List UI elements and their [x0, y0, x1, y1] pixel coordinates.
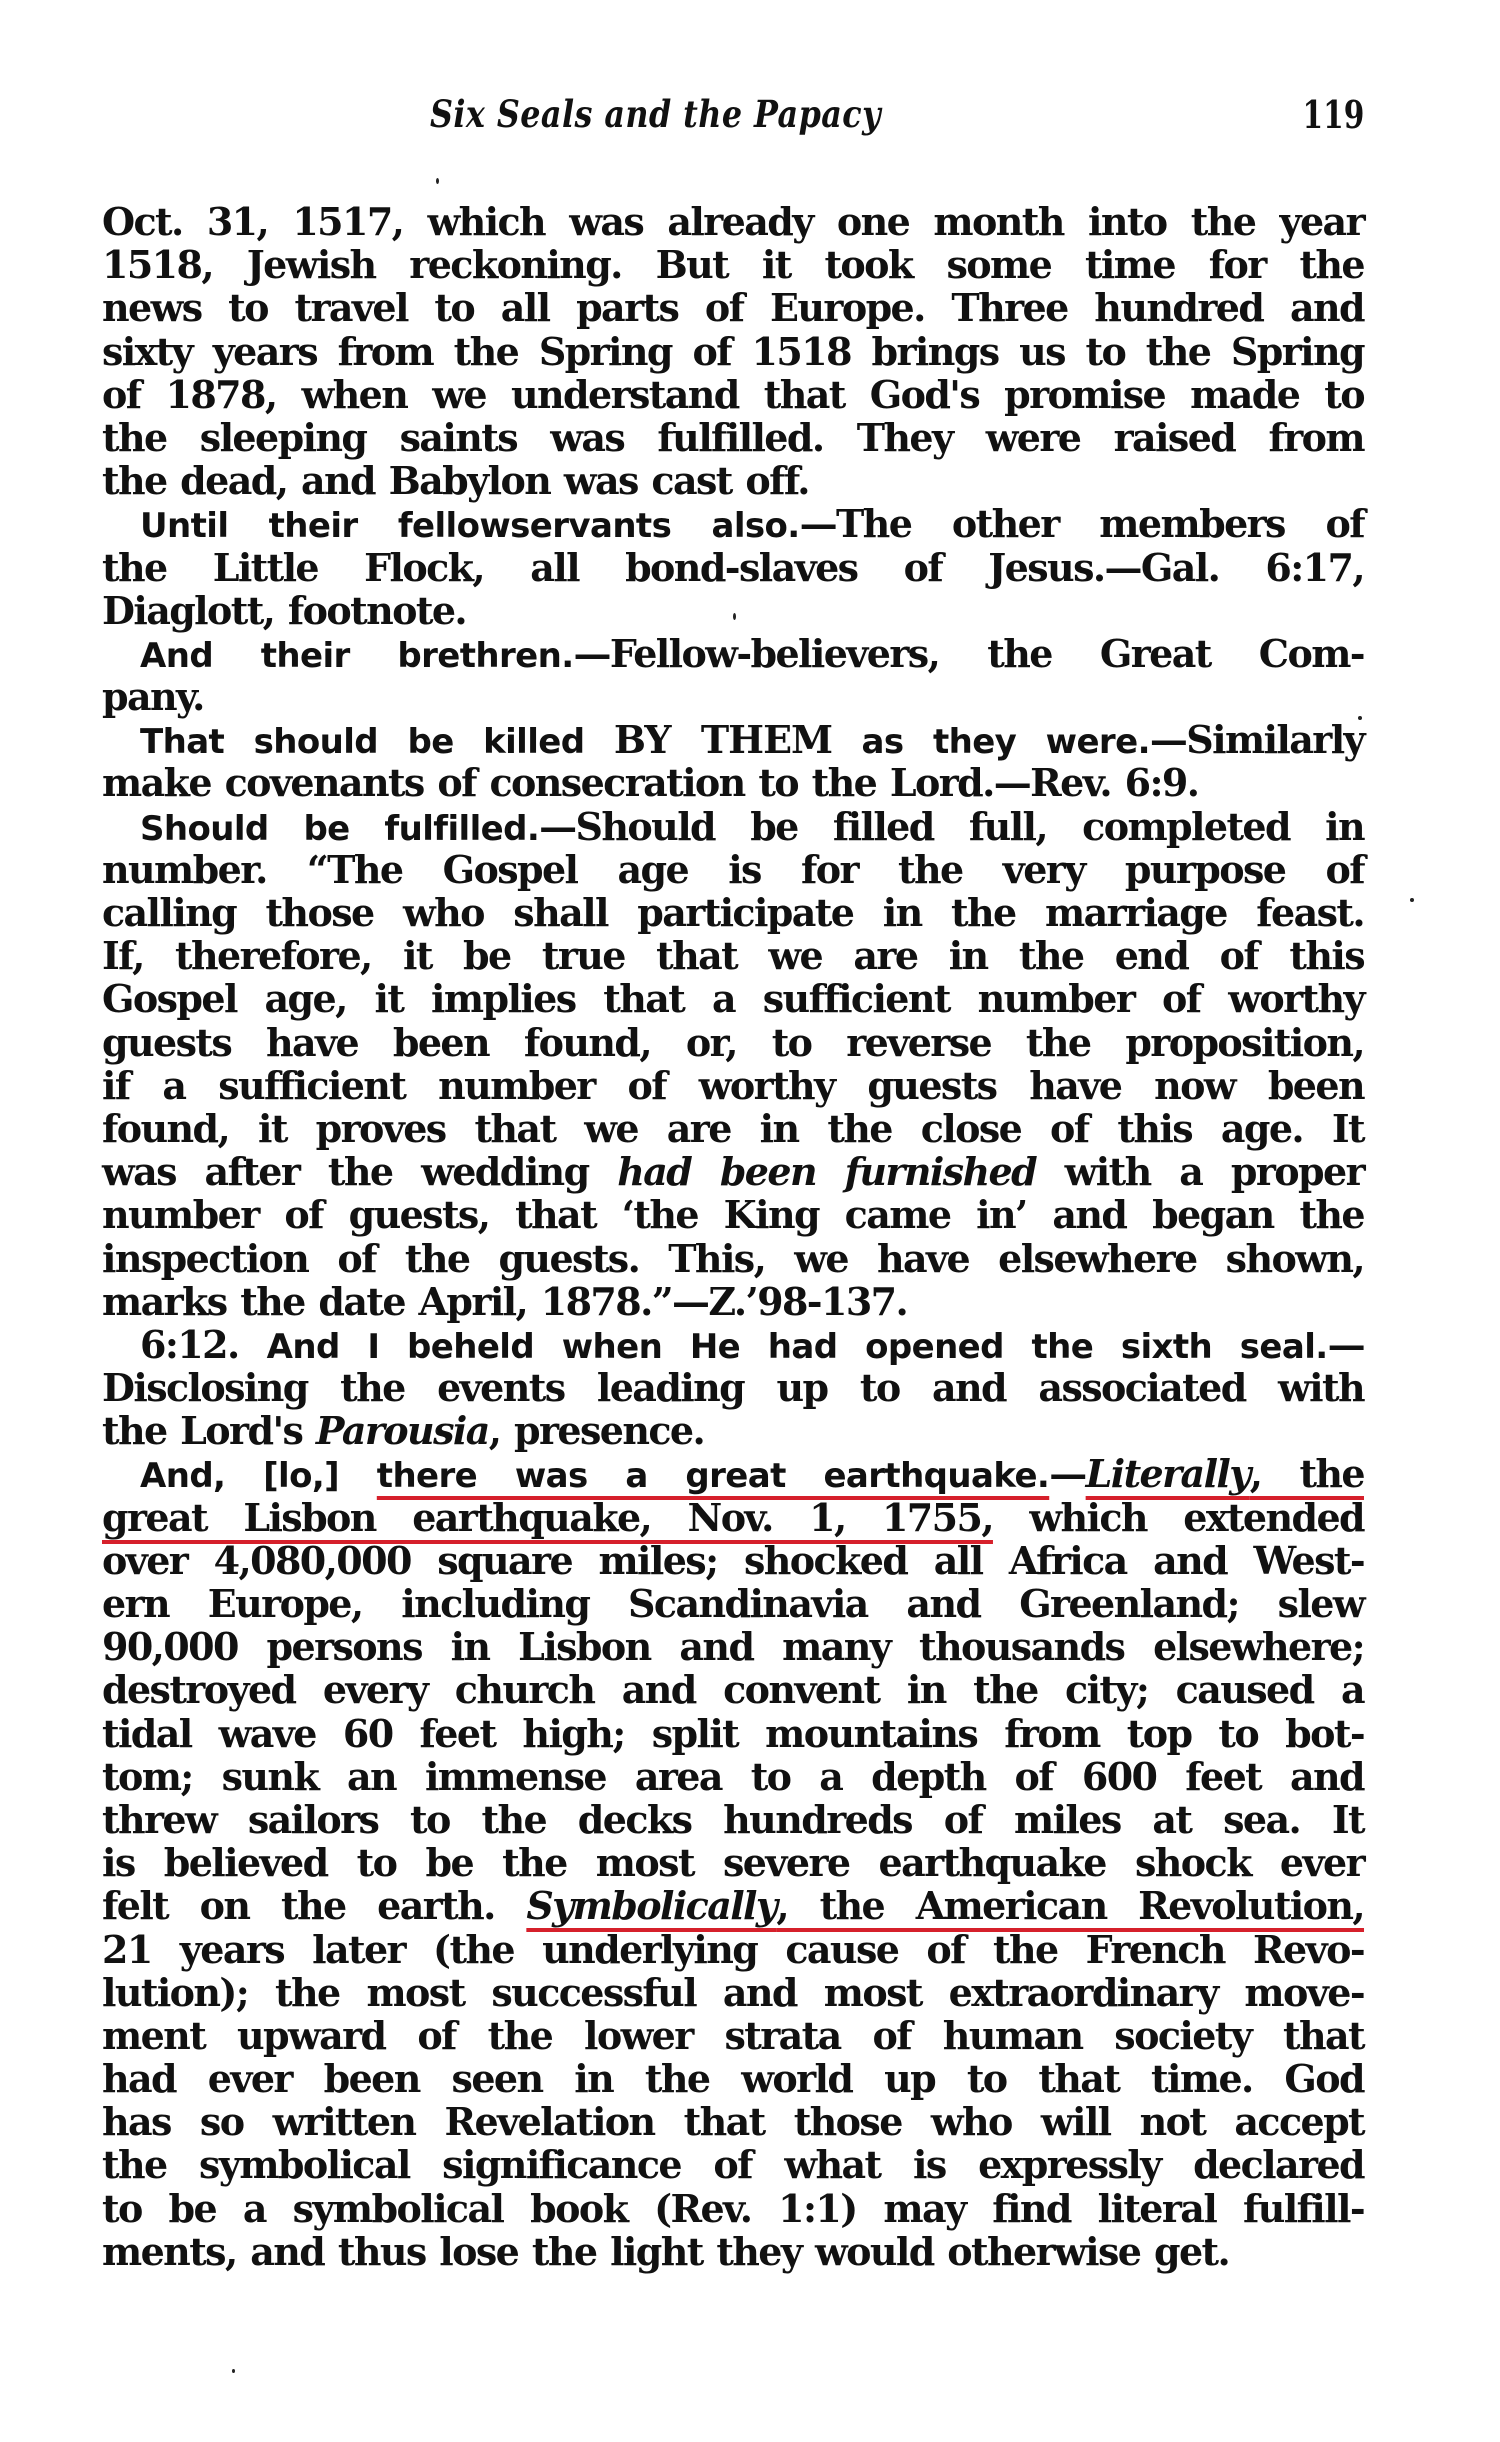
- text-line-content: guests have been found, or, to reverse t…: [102, 1021, 1364, 1064]
- text-run: inspection of the guests. This, we have …: [102, 1236, 1364, 1281]
- text-line: threw sailors to the decks hundreds of m…: [102, 1798, 1364, 1841]
- text-line-content: the dead, and Babylon was cast off.: [102, 459, 1364, 502]
- text-line-content: tom; sunk an immense area to a depth of …: [102, 1755, 1364, 1798]
- text-line: inspection of the guests. This, we have …: [102, 1237, 1364, 1280]
- scan-speck: [1410, 898, 1414, 902]
- text-run: news to travel to all parts of Europe. T…: [102, 285, 1364, 330]
- verse-lead-in: Until their fellowservants also.: [140, 506, 800, 546]
- text-line-content: Diaglott, footnote.: [102, 589, 1364, 632]
- text-run: the symbolical significance of what is e…: [102, 2142, 1364, 2187]
- verse-lead-in: And their brethren.: [140, 636, 574, 676]
- text-line: tidal wave 60 feet high; split mountains…: [102, 1712, 1364, 1755]
- text-line-content: Oct. 31, 1517, which was already one mon…: [102, 200, 1364, 243]
- text-line-content: tidal wave 60 feet high; split mountains…: [102, 1712, 1364, 1755]
- text-line: had ever been seen in the world up to th…: [102, 2057, 1364, 2100]
- text-run: ern Europe, including Scandinavia and Gr…: [102, 1581, 1364, 1626]
- verse-lead-in: Should be fulfilled.: [140, 809, 539, 849]
- scan-speck: [232, 2369, 235, 2373]
- text-line-content: the sleeping saints was fulfilled. They …: [102, 416, 1364, 459]
- text-run: Parousia: [316, 1408, 489, 1453]
- text-run: destroyed every church and convent in th…: [102, 1667, 1364, 1712]
- text-line: make covenants of consecration to the Lo…: [102, 761, 1364, 804]
- text-line-content: ern Europe, including Scandinavia and Gr…: [102, 1582, 1364, 1625]
- text-run: number. “The Gospel age is for the very …: [102, 847, 1364, 892]
- text-line: Should be fulfilled.—Should be filled fu…: [102, 805, 1364, 848]
- text-line-content: make covenants of consecration to the Lo…: [102, 761, 1364, 804]
- text-line-content: 90,000 persons in Lisbon and many thousa…: [102, 1625, 1364, 1668]
- text-run: if a sufficient number of worthy guests …: [102, 1063, 1364, 1108]
- text-run: pany.: [102, 674, 204, 719]
- text-line-content: Should be fulfilled.—Should be filled fu…: [102, 805, 1364, 848]
- verse-lead-in: as they were.: [832, 722, 1150, 762]
- text-line: calling those who shall participate in t…: [102, 891, 1364, 934]
- text-line: of 1878, when we understand that God's p…: [102, 373, 1364, 416]
- book-page: Six Seals and the Papacy 119 Oct. 31, 15…: [0, 0, 1500, 2442]
- text-line: pany.: [102, 675, 1364, 718]
- text-line-content: had ever been seen in the world up to th…: [102, 2057, 1364, 2100]
- text-line-content: the Little Flock, all bond-slaves of Jes…: [102, 546, 1364, 589]
- text-line: number. “The Gospel age is for the very …: [102, 848, 1364, 891]
- text-line: is believed to be the most severe earthq…: [102, 1841, 1364, 1884]
- highlighted-phrase: Symbolically: [526, 1883, 776, 1928]
- text-run: ments, and thus lose the light they woul…: [102, 2229, 1229, 2274]
- text-line: tom; sunk an immense area to a depth of …: [102, 1755, 1364, 1798]
- text-line: Diaglott, footnote.: [102, 589, 1364, 632]
- text-run: —: [1049, 1451, 1085, 1496]
- text-line-content: over 4,080,000 square miles; shocked all…: [102, 1539, 1364, 1582]
- text-line: was after the wedding had been furnished…: [102, 1150, 1364, 1193]
- text-run: to be a symbolical book (Rev. 1:1) may f…: [102, 2186, 1364, 2231]
- text-run: Disclosing the events leading up to and …: [102, 1365, 1364, 1410]
- text-line-content: threw sailors to the decks hundreds of m…: [102, 1798, 1364, 1841]
- text-run: BY THEM: [614, 717, 832, 762]
- text-run: of 1878, when we understand that God's p…: [102, 372, 1364, 417]
- text-run: —: [1328, 1322, 1364, 1367]
- text-run: with a proper: [1036, 1149, 1364, 1194]
- text-run: —Fellow-believers, the Great Com-: [574, 631, 1364, 676]
- text-line-content: calling those who shall participate in t…: [102, 891, 1364, 934]
- text-line: sixty years from the Spring of 1518 brin…: [102, 330, 1364, 373]
- text-run: —Similarly: [1150, 717, 1364, 762]
- text-line-content: 1518, Jewish reckoning. But it took some…: [102, 243, 1364, 286]
- text-line: ern Europe, including Scandinavia and Gr…: [102, 1582, 1364, 1625]
- text-line: 1518, Jewish reckoning. But it took some…: [102, 243, 1364, 286]
- text-line: marks the date April, 1878.”—Z.’98-137.: [102, 1280, 1364, 1323]
- text-run: make covenants of consecration to the Lo…: [102, 760, 1198, 805]
- text-run: —Should be filled full, completed in: [539, 804, 1364, 849]
- text-run: found, it proves that we are in the clos…: [102, 1106, 1364, 1151]
- text-line-content: inspection of the guests. This, we have …: [102, 1237, 1364, 1280]
- text-line: if a sufficient number of worthy guests …: [102, 1064, 1364, 1107]
- text-line-content: news to travel to all parts of Europe. T…: [102, 286, 1364, 329]
- text-line: That should be killed BY THEM as they we…: [102, 718, 1364, 761]
- text-line-content: destroyed every church and convent in th…: [102, 1668, 1364, 1711]
- text-line: felt on the earth. Symbolically, the Ame…: [102, 1884, 1364, 1927]
- text-line: And, [lo,] there was a great earthquake.…: [102, 1452, 1364, 1495]
- text-line: lution); the most successful and most ex…: [102, 1971, 1364, 2014]
- text-line-content: ments, and thus lose the light they woul…: [102, 2230, 1364, 2273]
- text-line: destroyed every church and convent in th…: [102, 1668, 1364, 1711]
- text-run: Diaglott, footnote.: [102, 588, 466, 633]
- scan-speck: [436, 178, 439, 184]
- text-run: felt on the earth.: [102, 1883, 526, 1928]
- text-run: 90,000 persons in Lisbon and many thousa…: [102, 1624, 1364, 1669]
- text-line: If, therefore, it be true that we are in…: [102, 934, 1364, 977]
- text-line-content: the Lord's Parousia, presence.: [102, 1409, 1364, 1452]
- text-line-content: Until their fellowservants also.—The oth…: [102, 502, 1364, 545]
- text-line-content: ment upward of the lower strata of human…: [102, 2014, 1364, 2057]
- text-run: tidal wave 60 feet high; split mountains…: [102, 1711, 1364, 1756]
- text-line-content: has so written Revelation that those who…: [102, 2100, 1364, 2143]
- text-line: the Little Flock, all bond-slaves of Jes…: [102, 546, 1364, 589]
- text-line: over 4,080,000 square miles; shocked all…: [102, 1539, 1364, 1582]
- text-run: tom; sunk an immense area to a depth of …: [102, 1754, 1364, 1799]
- text-line: Disclosing the events leading up to and …: [102, 1366, 1364, 1409]
- highlighted-phrase: great Lisbon earthquake, Nov. 1, 1755,: [102, 1495, 993, 1540]
- text-line-content: pany.: [102, 675, 1364, 718]
- text-line-content: felt on the earth. Symbolically, the Ame…: [102, 1884, 1364, 1927]
- highlighted-phrase: there was a great earthquake.: [377, 1456, 1049, 1496]
- text-line: great Lisbon earthquake, Nov. 1, 1755, w…: [102, 1496, 1364, 1539]
- text-run: Oct. 31, 1517, which was already one mon…: [102, 199, 1364, 244]
- text-run: has so written Revelation that those who…: [102, 2099, 1364, 2144]
- text-run: guests have been found, or, to reverse t…: [102, 1020, 1364, 1065]
- text-run: calling those who shall participate in t…: [102, 890, 1364, 935]
- text-line: ment upward of the lower strata of human…: [102, 2014, 1364, 2057]
- text-run: —The other members of: [800, 501, 1364, 546]
- text-line-content: great Lisbon earthquake, Nov. 1, 1755, w…: [102, 1496, 1364, 1539]
- text-line: guests have been found, or, to reverse t…: [102, 1021, 1364, 1064]
- text-line: And their brethren.—Fellow-believers, th…: [102, 632, 1364, 675]
- text-line-content: If, therefore, it be true that we are in…: [102, 934, 1364, 977]
- verse-lead-in: And I beheld when He had opened the sixt…: [267, 1327, 1328, 1367]
- text-line: the symbolical significance of what is e…: [102, 2143, 1364, 2186]
- text-run: , presence.: [489, 1408, 704, 1453]
- text-line: the sleeping saints was fulfilled. They …: [102, 416, 1364, 459]
- text-line: news to travel to all parts of Europe. T…: [102, 286, 1364, 329]
- text-line-content: Gospel age, it implies that a sufficient…: [102, 977, 1364, 1020]
- page-number: 119: [1302, 92, 1364, 137]
- highlighted-phrase: Literally: [1086, 1451, 1250, 1496]
- text-line-content: That should be killed BY THEM as they we…: [102, 718, 1364, 761]
- body-text: Oct. 31, 1517, which was already one mon…: [102, 200, 1364, 2273]
- verse-lead-in: And, [lo,]: [140, 1456, 377, 1496]
- text-run: is believed to be the most severe earthq…: [102, 1840, 1364, 1885]
- text-line-content: And their brethren.—Fellow-believers, th…: [102, 632, 1364, 675]
- text-line-content: found, it proves that we are in the clos…: [102, 1107, 1364, 1150]
- text-run: sixty years from the Spring of 1518 brin…: [102, 329, 1364, 374]
- scan-speck: [733, 613, 736, 620]
- text-line: Until their fellowservants also.—The oth…: [102, 502, 1364, 545]
- highlighted-phrase: , the American Revolution,: [776, 1883, 1364, 1928]
- text-run: which extended: [993, 1495, 1364, 1540]
- text-run: the Little Flock, all bond-slaves of Jes…: [102, 545, 1364, 590]
- text-line-content: sixty years from the Spring of 1518 brin…: [102, 330, 1364, 373]
- text-run: ment upward of the lower strata of human…: [102, 2013, 1364, 2058]
- running-head: Six Seals and the Papacy 119: [102, 92, 1364, 148]
- text-line: the dead, and Babylon was cast off.: [102, 459, 1364, 502]
- text-line: found, it proves that we are in the clos…: [102, 1107, 1364, 1150]
- verse-lead-in: That should be killed: [140, 722, 614, 762]
- text-line-content: Disclosing the events leading up to and …: [102, 1366, 1364, 1409]
- text-line-content: number of guests, that ‘the King came in…: [102, 1193, 1364, 1236]
- text-run: number of guests, that ‘the King came in…: [102, 1192, 1364, 1237]
- text-run: was after the wedding: [102, 1149, 617, 1194]
- text-line: the Lord's Parousia, presence.: [102, 1409, 1364, 1452]
- text-run: threw sailors to the decks hundreds of m…: [102, 1797, 1364, 1842]
- text-line: 6:12. And I beheld when He had opened th…: [102, 1323, 1364, 1366]
- text-line-content: 21 years later (the underlying cause of …: [102, 1928, 1364, 1971]
- text-run: had been furnished: [617, 1149, 1036, 1194]
- text-line-content: of 1878, when we understand that God's p…: [102, 373, 1364, 416]
- text-line: to be a symbolical book (Rev. 1:1) may f…: [102, 2187, 1364, 2230]
- text-run: If, therefore, it be true that we are in…: [102, 933, 1364, 978]
- highlighted-phrase: , the: [1250, 1451, 1364, 1496]
- text-line-content: to be a symbolical book (Rev. 1:1) may f…: [102, 2187, 1364, 2230]
- text-line-content: marks the date April, 1878.”—Z.’98-137.: [102, 1280, 1364, 1323]
- text-run: over 4,080,000 square miles; shocked all…: [102, 1538, 1364, 1583]
- text-line: ments, and thus lose the light they woul…: [102, 2230, 1364, 2273]
- text-run: the Lord's: [102, 1408, 316, 1453]
- text-line: 90,000 persons in Lisbon and many thousa…: [102, 1625, 1364, 1668]
- text-line: Oct. 31, 1517, which was already one mon…: [102, 200, 1364, 243]
- text-run: had ever been seen in the world up to th…: [102, 2056, 1364, 2101]
- scan-speck: [1358, 716, 1362, 720]
- text-run: marks the date April, 1878.”—Z.’98-137.: [102, 1279, 907, 1324]
- text-line: has so written Revelation that those who…: [102, 2100, 1364, 2143]
- text-line: 21 years later (the underlying cause of …: [102, 1928, 1364, 1971]
- text-run: lution); the most successful and most ex…: [102, 1970, 1364, 2015]
- text-line-content: the symbolical significance of what is e…: [102, 2143, 1364, 2186]
- text-line: Gospel age, it implies that a sufficient…: [102, 977, 1364, 1020]
- text-line-content: if a sufficient number of worthy guests …: [102, 1064, 1364, 1107]
- text-run: the dead, and Babylon was cast off.: [102, 458, 809, 503]
- text-run: 6:12.: [140, 1322, 267, 1367]
- text-line-content: 6:12. And I beheld when He had opened th…: [102, 1323, 1364, 1366]
- text-line-content: lution); the most successful and most ex…: [102, 1971, 1364, 2014]
- text-line-content: And, [lo,] there was a great earthquake.…: [102, 1452, 1364, 1495]
- text-line-content: number. “The Gospel age is for the very …: [102, 848, 1364, 891]
- text-run: 1518, Jewish reckoning. But it took some…: [102, 242, 1364, 287]
- text-line: number of guests, that ‘the King came in…: [102, 1193, 1364, 1236]
- text-run: the sleeping saints was fulfilled. They …: [102, 415, 1364, 460]
- text-line-content: was after the wedding had been furnished…: [102, 1150, 1364, 1193]
- text-run: Gospel age, it implies that a sufficient…: [102, 976, 1364, 1021]
- text-run: 21 years later (the underlying cause of …: [102, 1927, 1364, 1972]
- text-line-content: is believed to be the most severe earthq…: [102, 1841, 1364, 1884]
- running-title: Six Seals and the Papacy: [430, 92, 881, 136]
